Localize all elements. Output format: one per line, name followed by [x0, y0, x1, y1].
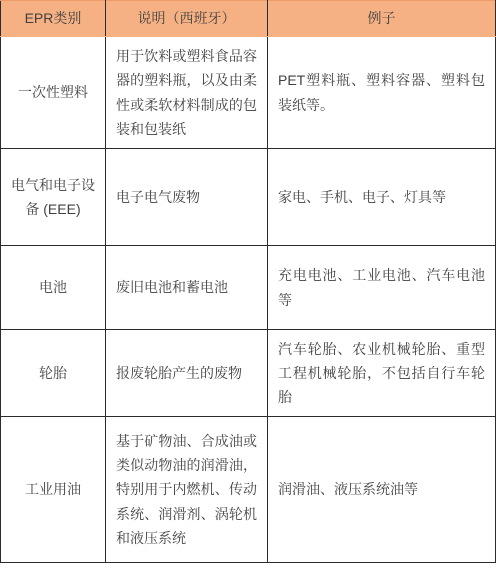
table-row: 轮胎 报废轮胎产生的废物 汽车轮胎、农业机械轮胎、重型工程机械轮胎，不包括自行车…: [1, 330, 496, 417]
header-cell-description: 说明（西班牙）: [106, 1, 268, 37]
cell-category: 工业用油: [1, 417, 106, 563]
cell-examples: 汽车轮胎、农业机械轮胎、重型工程机械轮胎，不包括自行车轮胎: [268, 330, 496, 417]
cell-examples: 充电电池、工业电池、汽车电池等: [268, 246, 496, 330]
epr-categories-table: EPR类别 说明（西班牙） 例子 一次性塑料 用于饮料或塑料食品容器的塑料瓶，以…: [0, 0, 496, 563]
cell-category: 一次性塑料: [1, 37, 106, 149]
cell-description: 电子电气废物: [106, 149, 268, 246]
table-row: 一次性塑料 用于饮料或塑料食品容器的塑料瓶，以及由柔性或柔软材料制成的包装和包装…: [1, 37, 496, 149]
table-row: 电池 废旧电池和蓄电池 充电电池、工业电池、汽车电池等: [1, 246, 496, 330]
cell-description: 用于饮料或塑料食品容器的塑料瓶，以及由柔性或柔软材料制成的包装和包装纸: [106, 37, 268, 149]
cell-description: 废旧电池和蓄电池: [106, 246, 268, 330]
table-row: 工业用油 基于矿物油、合成油或类似动物油的润滑油，特别用于内燃机、传动系统、润滑…: [1, 417, 496, 563]
header-cell-category: EPR类别: [1, 1, 106, 37]
cell-category: 电气和电子设备 (EEE): [1, 149, 106, 246]
cell-examples: 润滑油、液压系统油等: [268, 417, 496, 563]
cell-examples: 家电、手机、电子、灯具等: [268, 149, 496, 246]
cell-description: 基于矿物油、合成油或类似动物油的润滑油，特别用于内燃机、传动系统、润滑剂、涡轮机…: [106, 417, 268, 563]
cell-description: 报废轮胎产生的废物: [106, 330, 268, 417]
cell-category: 轮胎: [1, 330, 106, 417]
header-cell-examples: 例子: [268, 1, 496, 37]
cell-category: 电池: [1, 246, 106, 330]
table-header-row: EPR类别 说明（西班牙） 例子: [1, 1, 496, 37]
table-row: 电气和电子设备 (EEE) 电子电气废物 家电、手机、电子、灯具等: [1, 149, 496, 246]
cell-examples: PET塑料瓶、塑料容器、塑料包装纸等。: [268, 37, 496, 149]
